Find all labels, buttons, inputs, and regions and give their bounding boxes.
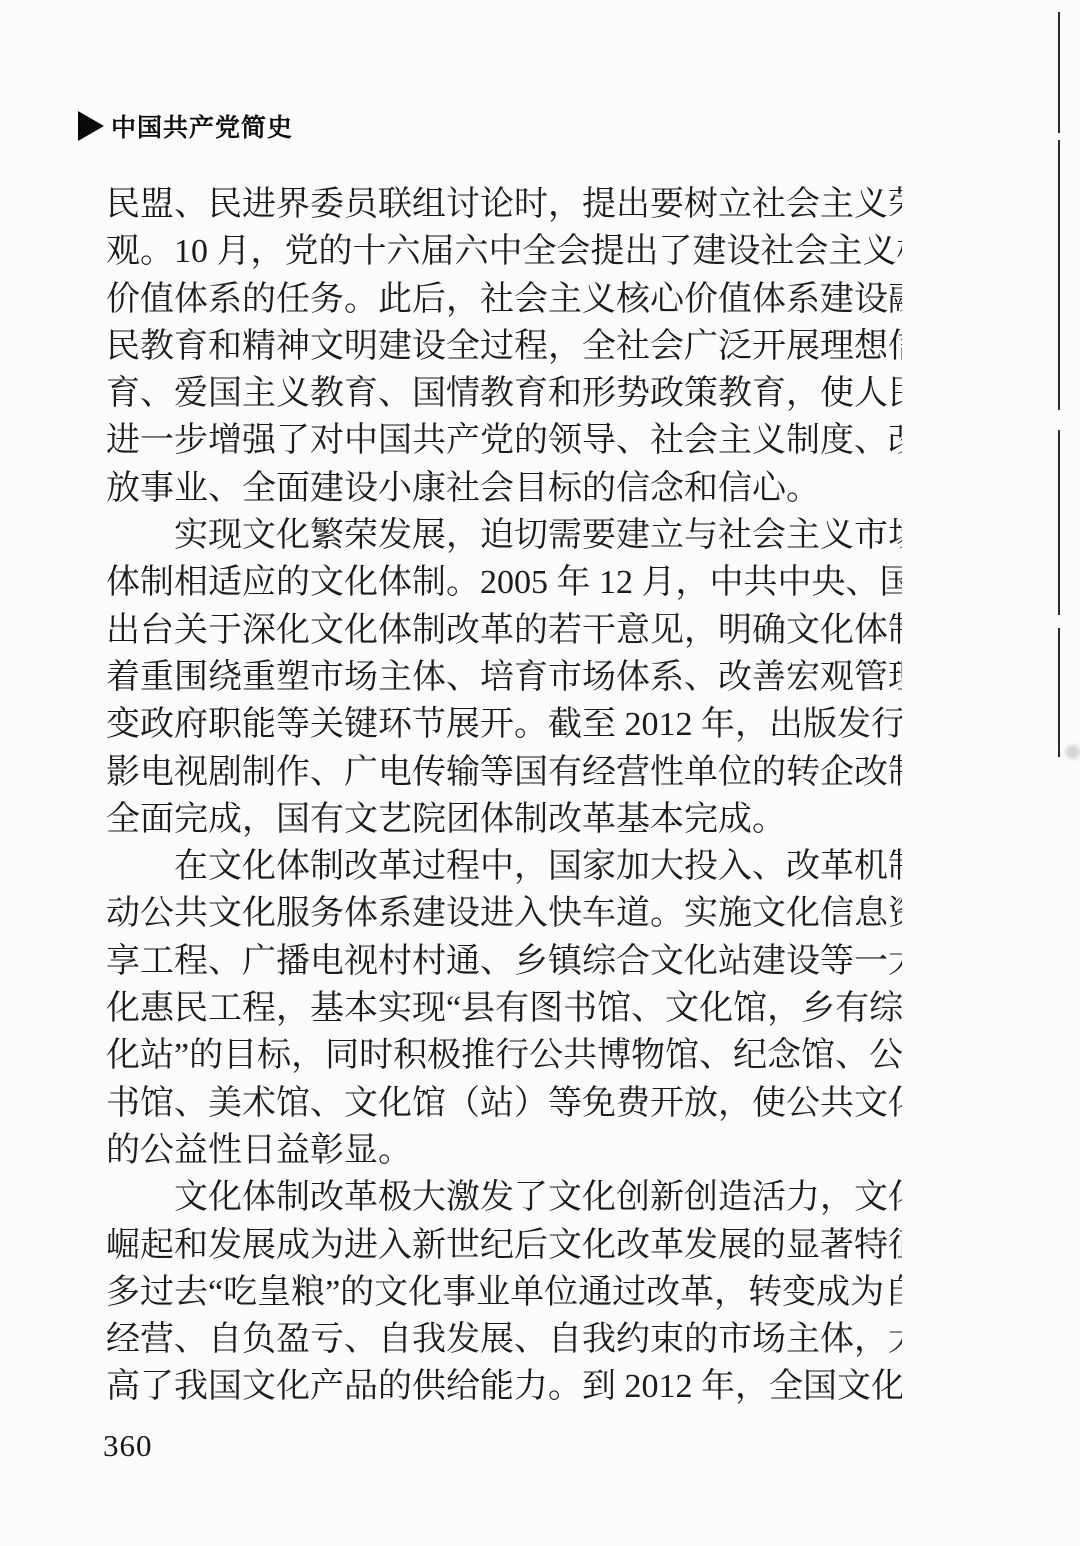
text-line: 育、爱国主义教育、国情教育和形势政策教育，使人民群众 <box>106 370 902 417</box>
text-line: 价值体系的任务。此后，社会主义核心价值体系建设融入国 <box>106 276 902 323</box>
page-number: 360 <box>103 1428 153 1464</box>
scan-artifact-line <box>1058 628 1060 757</box>
text-line: 观。10 月，党的十六届六中全会提出了建设社会主义核心 <box>106 228 902 275</box>
page-header: 中国共产党简史 <box>78 110 293 142</box>
text-line: 进一步增强了对中国共产党的领导、社会主义制度、改革开 <box>106 417 902 464</box>
book-title: 中国共产党简史 <box>111 108 293 144</box>
right-triangle-icon <box>78 111 104 141</box>
text-line: 动公共文化服务体系建设进入快车道。实施文化信息资源共 <box>106 890 902 937</box>
text-line: 化惠民工程，基本实现“县有图书馆、文化馆，乡有综合文 <box>106 985 902 1032</box>
text-line: 放事业、全面建设小康社会目标的信念和信心。 <box>106 465 902 512</box>
text-line: 出台关于深化文化体制改革的若干意见，明确文化体制改革 <box>106 607 902 654</box>
text-line: 多过去“吃皇粮”的文化事业单位通过改革，转变成为自主 <box>106 1269 902 1316</box>
scan-artifact-line <box>1058 140 1060 410</box>
text-line: 体制相适应的文化体制。2005 年 12 月，中共中央、国务院 <box>106 559 902 606</box>
text-line: 民教育和精神文明建设全过程，全社会广泛开展理想信念教 <box>106 323 902 370</box>
text-line: 实现文化繁荣发展，迫切需要建立与社会主义市场经济 <box>106 512 902 559</box>
scan-artifact-line <box>1058 430 1060 615</box>
text-line: 着重围绕重塑市场主体、培育市场体系、改善宏观管理、转 <box>106 654 902 701</box>
text-line: 化站”的目标，同时积极推行公共博物馆、纪念馆、公共图 <box>106 1032 902 1079</box>
text-line: 经营、自负盈亏、自我发展、自我约束的市场主体，大大提 <box>106 1316 902 1363</box>
text-line: 变政府职能等关键环节展开。截至 2012 年，出版发行、电 <box>106 701 902 748</box>
text-line: 在文化体制改革过程中，国家加大投入、改革机制，推 <box>106 843 902 890</box>
text-line: 的公益性日益彰显。 <box>106 1127 902 1174</box>
book-page: 中国共产党简史 民盟、民进界委员联组讨论时，提出要树立社会主义荣辱观。10 月，… <box>0 0 1080 1546</box>
text-line: 高了我国文化产品的供给能力。到 2012 年，全国文化产业 <box>106 1363 902 1410</box>
text-line: 享工程、广播电视村村通、乡镇综合文化站建设等一大批文 <box>106 938 902 985</box>
body-text: 民盟、民进界委员联组讨论时，提出要树立社会主义荣辱观。10 月，党的十六届六中全… <box>106 181 902 1411</box>
text-line: 书馆、美术馆、文化馆（站）等免费开放，使公共文化设施 <box>106 1080 902 1127</box>
text-line: 崛起和发展成为进入新世纪后文化改革发展的显著特征。众 <box>106 1222 902 1269</box>
text-line: 文化体制改革极大激发了文化创新创造活力，文化产业 <box>106 1174 902 1221</box>
text-line: 民盟、民进界委员联组讨论时，提出要树立社会主义荣辱 <box>106 181 902 228</box>
scan-artifact-line <box>1058 12 1060 133</box>
text-line: 影电视剧制作、广电传输等国有经营性单位的转企改制工作 <box>106 749 902 796</box>
text-line: 全面完成，国有文艺院团体制改革基本完成。 <box>106 796 902 843</box>
scan-smudge <box>1066 745 1080 759</box>
